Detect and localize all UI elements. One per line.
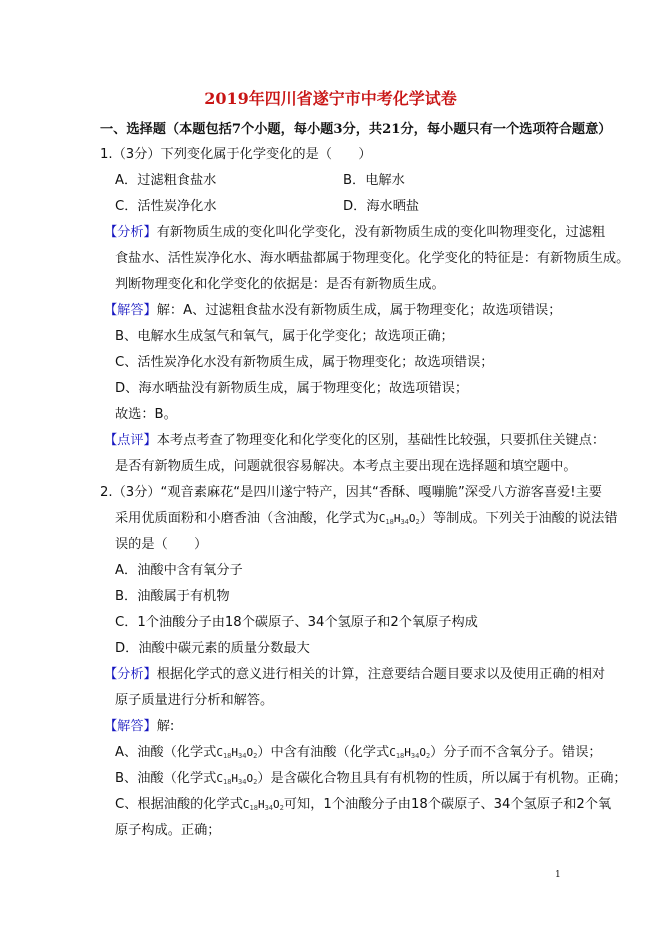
stem-text: ）等制成。下列关于油酸的说法错 — [420, 511, 618, 526]
q1-answer-line-2: B、电解水生成氢气和氧气，属于化学变化；故选项正确； — [115, 328, 454, 346]
q1-answer-line-3: C、活性炭净化水没有新物质生成，属于物理变化；故选项错误； — [115, 354, 493, 372]
q2-option-a: A．油酸中含有氧分子 — [115, 562, 243, 580]
q1-comment-line-2: 是否有新物质生成，问题就很容易解决。本考点主要出现在选择题和填空题中。 — [115, 458, 577, 476]
analysis-tag: 【分析】 — [104, 667, 157, 682]
q2-answer-intro: 【解答】解: — [104, 718, 174, 736]
q2-answer-b: B、油酸（化学式C18H34O2）是含碳化合物且具有有机物的性质，所以属于有机物… — [115, 770, 627, 788]
chemical-formula: C18H34O2 — [216, 772, 257, 785]
q2-answer-a: A、油酸（化学式C18H34O2）中含有油酸（化学式C18H34O2）分子而不含… — [115, 744, 602, 762]
q1-option-a: A．过滤粗食盐水 — [115, 172, 216, 190]
answer-tag: 【解答】 — [104, 303, 157, 318]
q1-option-c: C．活性炭净化水 — [115, 198, 217, 216]
analysis-text: 有新物质生成的变化叫化学变化，没有新物质生成的变化叫物理变化，过滤粗 — [157, 225, 605, 240]
q1-option-d: D．海水晒盐 — [343, 198, 419, 216]
answer-text: 解：A、过滤粗食盐水没有新物质生成，属于物理变化；故选项错误； — [157, 303, 562, 318]
q1-answer-line-5: 故选：B。 — [115, 406, 177, 424]
answer-text: 解: — [157, 719, 175, 734]
analysis-tag: 【分析】 — [104, 225, 157, 240]
q2-analysis-line-1: 【分析】根据化学式的意义进行相关的计算，注意要结合题目要求以及使用正确的相对 — [104, 666, 605, 684]
q1-answer-line-1: 【解答】解：A、过滤粗食盐水没有新物质生成，属于物理变化；故选项错误； — [104, 302, 561, 320]
question-2-stem-line-1: 2.（3分）“观音素麻花“是四川遂宁特产，因其“香酥、嘎嘣脆”深受八方游客喜爱!… — [100, 484, 602, 502]
question-2-stem-line-3: 误的是（ ） — [115, 536, 207, 554]
q2-option-b: B．油酸属于有机物 — [115, 588, 230, 606]
question-1-stem: 1.（3分）下列变化属于化学变化的是（ ） — [100, 146, 372, 164]
answer-tag: 【解答】 — [104, 719, 157, 734]
q2-answer-c: C、根据油酸的化学式C18H34O2可知，1个油酸分子由18个碳原子、34个氢原… — [115, 796, 611, 814]
document-page: 2019年四川省遂宁市中考化学试卷 一、选择题（本题包括7个小题，每小题3分，共… — [0, 0, 661, 935]
q1-analysis-line-1: 【分析】有新物质生成的变化叫化学变化，没有新物质生成的变化叫物理变化，过滤粗 — [104, 224, 605, 242]
page-number: 1 — [555, 870, 561, 880]
q1-analysis-line-2: 食盐水、活性炭净化水、海水晒盐都属于物理变化。化学变化的特征是：有新物质生成。 — [115, 250, 629, 268]
q2-option-c: C．1个油酸分子由18个碳原子、34个氢原子和2个氧原子构成 — [115, 614, 478, 632]
chemical-formula: C18H34O2 — [243, 798, 284, 811]
chemical-formula: C18H34O2 — [379, 512, 420, 525]
q2-answer-c-continued: 原子构成。正确； — [115, 822, 221, 840]
chemical-formula: C18H34O2 — [389, 746, 430, 759]
q1-option-b: B．电解水 — [343, 172, 405, 190]
question-2-stem-line-2: 采用优质面粉和小磨香油（含油酸，化学式为C18H34O2）等制成。下列关于油酸的… — [115, 510, 618, 528]
comment-text: 本考点考查了物理变化和化学变化的区别，基础性比较强，只要抓住关键点： — [157, 433, 605, 448]
document-title: 2019年四川省遂宁市中考化学试卷 — [0, 88, 661, 110]
stem-text: 采用优质面粉和小磨香油（含油酸，化学式为 — [115, 511, 379, 526]
q1-analysis-line-3: 判断物理变化和化学变化的依据是：是否有新物质生成。 — [115, 276, 445, 294]
q1-comment-line-1: 【点评】本考点考查了物理变化和化学变化的区别，基础性比较强，只要抓住关键点： — [104, 432, 605, 450]
chemical-formula: C18H34O2 — [216, 746, 257, 759]
q2-option-d: D．油酸中碳元素的质量分数最大 — [115, 640, 310, 658]
section-heading: 一、选择题（本题包括7个小题，每小题3分，共21分，每小题只有一个选项符合题意） — [100, 121, 611, 139]
q2-analysis-line-2: 原子质量进行分析和解答。 — [115, 692, 273, 710]
comment-tag: 【点评】 — [104, 433, 157, 448]
q1-answer-line-4: D、海水晒盐没有新物质生成，属于物理变化；故选项错误； — [115, 380, 468, 398]
analysis-text: 根据化学式的意义进行相关的计算，注意要结合题目要求以及使用正确的相对 — [157, 667, 605, 682]
